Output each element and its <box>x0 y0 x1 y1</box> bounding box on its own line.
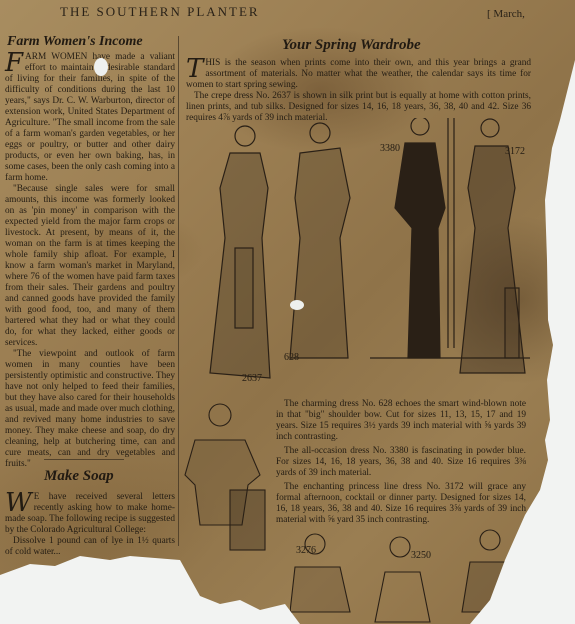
fashion-illustration <box>190 118 540 398</box>
paper-hole <box>94 58 108 76</box>
pattern-number: 3250 <box>411 550 431 561</box>
income-article-body: FARM WOMEN have made a valiant effort to… <box>5 52 175 470</box>
wardrobe-article-body: The charming dress No. 628 echoes the sm… <box>276 399 526 526</box>
pattern-number: 2637 <box>242 373 262 384</box>
drop-cap: W <box>5 492 32 514</box>
blouse-illustration <box>180 395 275 555</box>
wardrobe-article-intro: THIS is the season when prints come into… <box>186 58 531 124</box>
drop-cap: T <box>186 58 203 80</box>
paper-hole <box>290 300 304 310</box>
column-divider <box>178 36 179 546</box>
issue-month: [ March, <box>487 8 525 20</box>
income-article-title: Farm Women's Income <box>7 34 143 50</box>
soap-article-body: WE have received several letters recentl… <box>5 492 175 558</box>
lingerie-illustration <box>290 522 530 624</box>
pattern-number: 3380 <box>380 143 400 154</box>
newspaper-page: THE SOUTHERN PLANTER [ March, Farm Women… <box>0 0 575 624</box>
drop-cap: F <box>5 52 23 74</box>
pattern-number: 3276 <box>296 545 316 556</box>
soap-article-title: Make Soap <box>44 468 114 485</box>
pattern-number: 628 <box>284 352 299 363</box>
wardrobe-article-title: Your Spring Wardrobe <box>282 37 421 54</box>
pattern-number: 3172 <box>505 146 525 157</box>
section-rule <box>44 459 124 460</box>
publication-header: THE SOUTHERN PLANTER <box>60 4 260 20</box>
